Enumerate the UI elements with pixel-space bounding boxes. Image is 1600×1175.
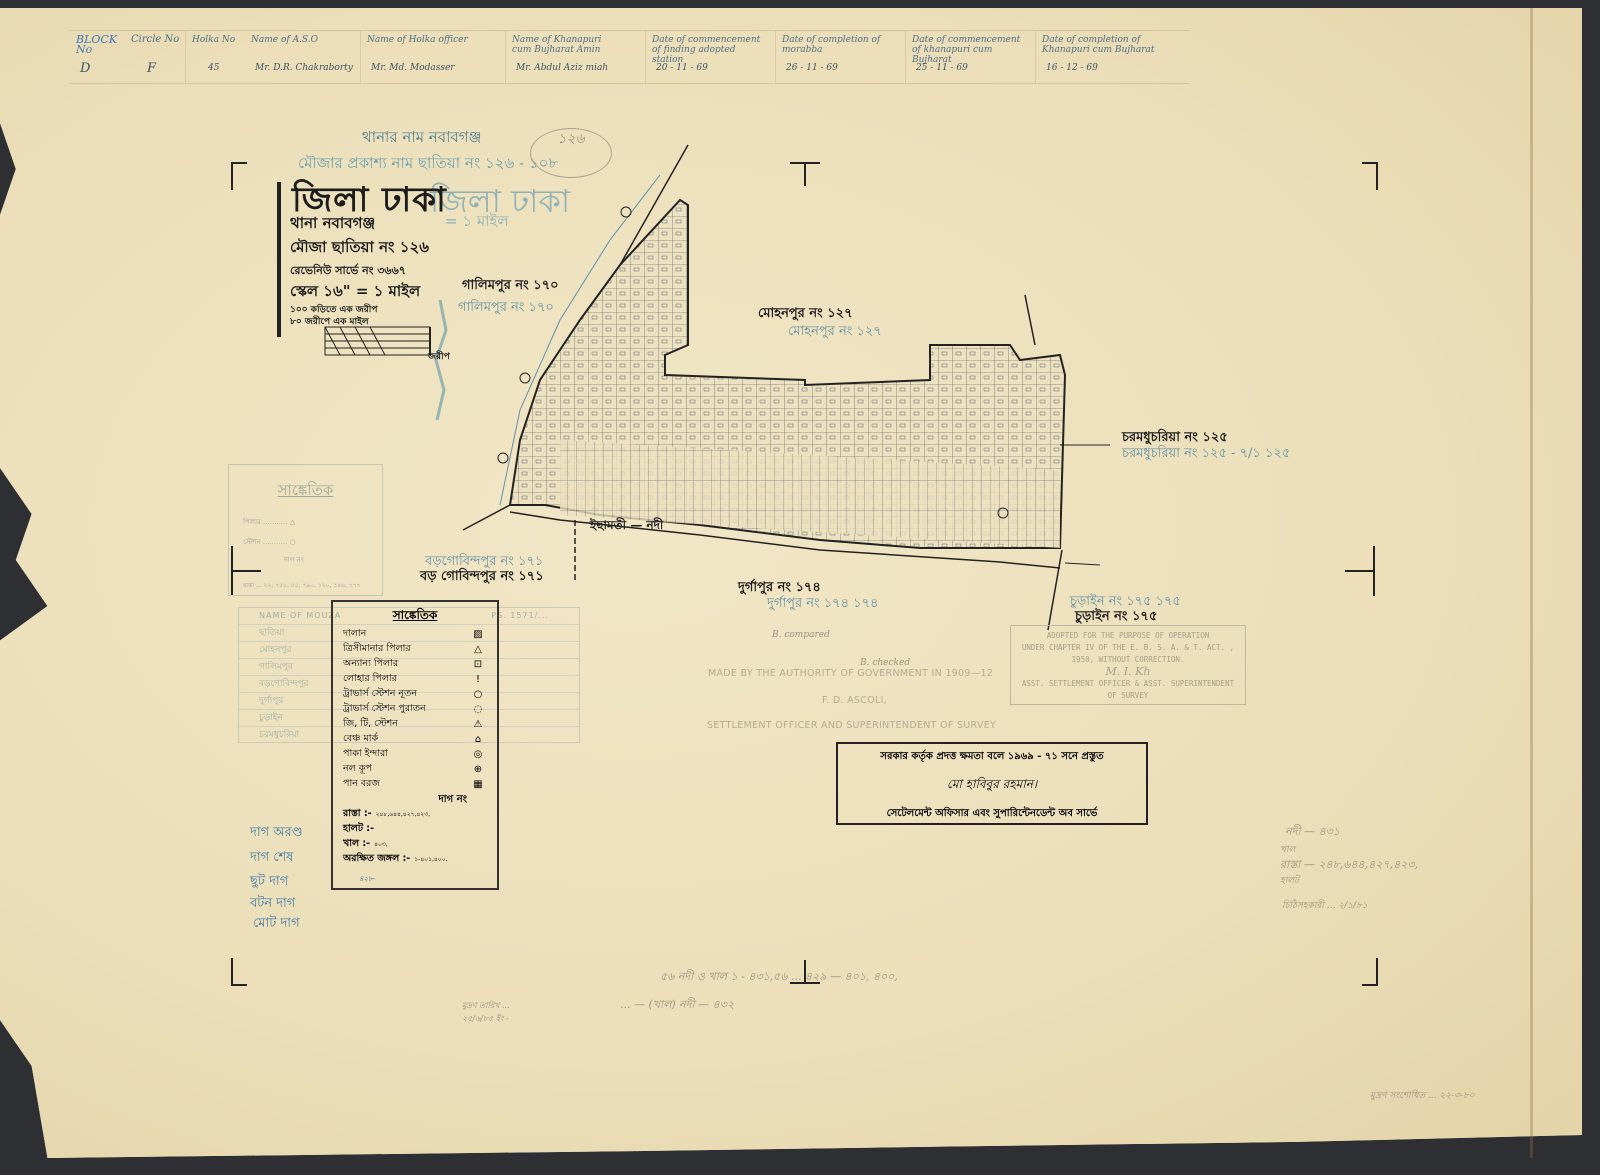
pencil-note-halot: হালট: [1280, 873, 1299, 888]
legend-item-traverse-old: ট্রাভার্স স্টেশন পুরাতন◌: [333, 702, 497, 717]
map-legend: সাঙ্কেতিক দালান▨ ত্রিসীমানার পিলার△ অন্য…: [331, 600, 499, 890]
adoption-stamp: ADOPTED FOR THE PURPOSE OF OPERATION UND…: [1010, 625, 1246, 705]
double-circle-icon: ◎: [467, 749, 489, 760]
checked-note: B. checked: [860, 658, 910, 668]
split-plot-note: বটন দাগ: [250, 894, 295, 915]
officer-designation: সেটেলমেন্ট অফিসার এবং সুপারিন্টেনডেন্ট অ…: [838, 806, 1146, 823]
pencil-note-bottom-right: মুদ্রণ সংশোধিত ... ২২-৩-৮০: [1370, 1088, 1480, 1103]
stamp-signature: M. I. Kh: [1011, 666, 1245, 678]
legend-item-tube-well: নল কূপ⊕: [333, 762, 497, 777]
officer-signature: মো হাবিবুর রহমান।: [838, 776, 1146, 796]
preparation-line: সরকার কর্তৃক প্রদত্ত ক্ষমতা বলে ১৯৬৯ - ৭…: [838, 749, 1146, 766]
neighbor-durgapur-ghost: দুর্গাপুর নং ১৭৪ ১৭৪: [767, 594, 879, 615]
legend-item-bench-mark: বেঞ্চ মার্ক⌂: [333, 732, 497, 747]
neighbor-mohanpur-ghost: মোহনপুর নং ১২৭: [788, 322, 882, 343]
skipped-plot-note: ছুট দাগ: [250, 872, 288, 893]
pencil-note-bottom-1: ৫৬ নদী ও খাল ১ - ৪৩১,৫৬ ... ৪২৯ — ৪০১, ৪…: [660, 968, 898, 987]
pencil-note-signature: চিঠিসহকারী ... ২/১/৮১: [1282, 898, 1402, 913]
preparation-authority-box: সরকার কর্তৃক প্রদত্ত ক্ষমতা বলে ১৯৬৯ - ৭…: [836, 742, 1148, 825]
legend-dag-header: দাগ নং: [333, 792, 497, 807]
pencil-note-road: রাস্তা — ২৪৮,৬৪৪,৪২৭,৪২৩,: [1280, 856, 1418, 875]
legend-item-gt-station: জি, টি, স্টেশন⚠: [333, 717, 497, 732]
bench-mark-icon: ⌂: [467, 734, 489, 745]
legend-canal-row: খাল :-৪০৩,: [333, 837, 497, 852]
legend-item-pucca-well: পাকা ইন্দারা◎: [333, 747, 497, 762]
triangle-icon: △: [467, 644, 489, 655]
authority-line-2: F. D. ASCOLI,: [822, 695, 887, 706]
warning-triangle-icon: ⚠: [467, 719, 489, 730]
authority-line-3: SETTLEMENT OFFICER AND SUPERINTENDENT OF…: [707, 720, 996, 731]
plot-end-note: দাগ শেষ: [250, 848, 293, 869]
stippled-box-icon: ▦: [467, 779, 489, 790]
legend-road-row: রাস্তা :-২৪৮,৬৪৪,৪২৭,৪২৩,: [333, 807, 497, 822]
iron-pillar-icon: !: [467, 674, 489, 685]
legend-extra-note: ৪২৮-: [359, 873, 497, 885]
legend-item-traverse-new: ট্রাভার্স স্টেশন নূতন○: [333, 687, 497, 702]
dotted-circle-icon: ◌: [467, 704, 489, 715]
dotted-square-icon: ⊡: [467, 659, 489, 670]
compared-note: B. compared: [772, 630, 830, 640]
neighbor-charmadhucharia-ghost: চরমধুচরিয়া নং ১২৫ - ৭/১ ১২৫: [1122, 444, 1290, 465]
total-plot-note: মোট দাগ: [253, 914, 300, 935]
circle-icon: ○: [467, 689, 489, 700]
legend-forest-row: অরক্ষিত জঙ্গল :-১-৪০১,৪০০,: [333, 852, 497, 867]
legend-halot-row: হালট :-: [333, 822, 497, 837]
neighbor-galimpur: গালিমপুর নং ১৭০: [462, 276, 559, 297]
neighbor-galimpur-ghost: গালিমপুর নং ১৭০: [458, 298, 554, 319]
legend-title: সাঙ্কেতিক: [333, 607, 497, 627]
circle-plus-icon: ⊕: [467, 764, 489, 775]
legend-item-other-pillar: অন্যান্য পিলার⊡: [333, 657, 497, 672]
hatched-box-icon: ▨: [467, 629, 489, 640]
pencil-note-river: নদী — ৪৩১: [1285, 823, 1340, 842]
authority-line-1: MADE BY THE AUTHORITY OF GOVERNMENT IN 1…: [708, 668, 993, 679]
old-legend-box: সাঙ্কেতিক পিলার ........... △ স্টেশন ...…: [228, 464, 383, 596]
legend-item-betel-garden: পান বরজ▦: [333, 777, 497, 792]
river-label: ইছামতী — নদী: [590, 517, 663, 537]
pencil-note-bottom-2: ... — (খাল) নদী — ৪৩২: [620, 996, 734, 1015]
legend-item-trijunction-pillar: ত্রিসীমানার পিলার△: [333, 642, 497, 657]
pencil-note-print-date: মুদ্রণ তারিখ ... ২৫/৬/৮৫ ইং -: [462, 1000, 542, 1026]
legend-item-iron-pillar: লোহার পিলার!: [333, 672, 497, 687]
plot-start-note: দাগ অরণ্ড: [250, 823, 303, 844]
neighbor-borogobindapur: বড় গোবিন্দপুর নং ১৭১: [420, 567, 544, 588]
legend-item-building: দালান▨: [333, 627, 497, 642]
pencil-note-canal: খাল: [1280, 842, 1295, 857]
